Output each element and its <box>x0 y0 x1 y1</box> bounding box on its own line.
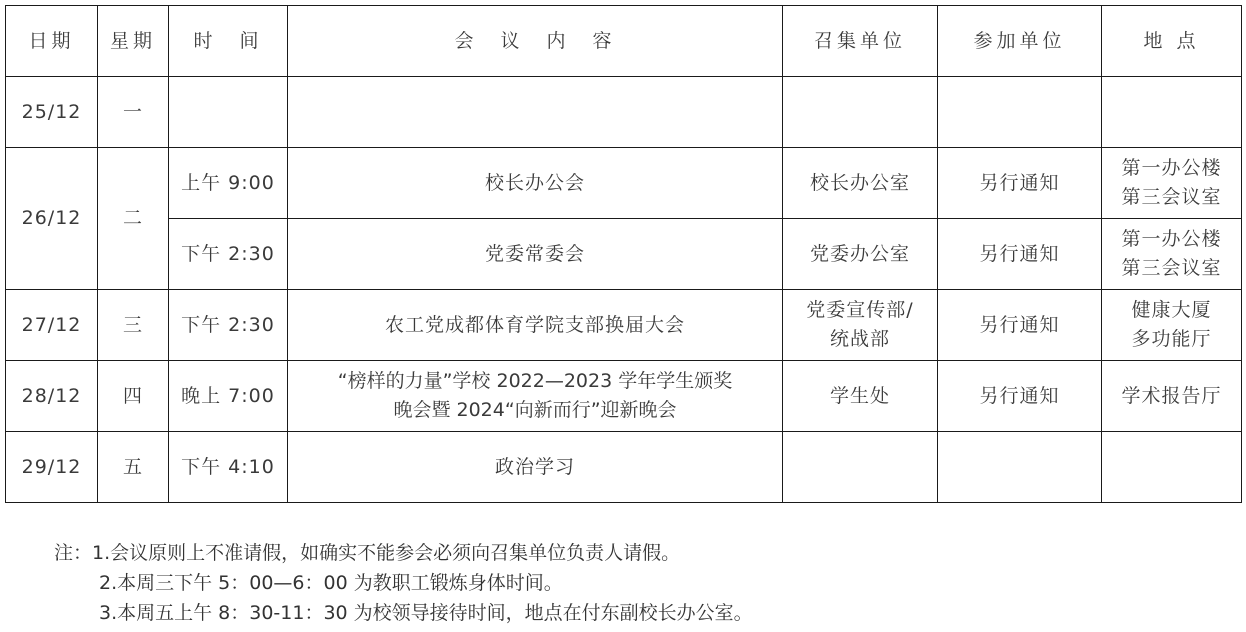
cell-participants: 另行通知 <box>938 361 1102 432</box>
cell-time: 下午 4:10 <box>169 432 288 503</box>
cell-location <box>1102 77 1242 148</box>
cell-location: 第一办公楼第三会议室 <box>1102 219 1242 290</box>
header-location: 地 点 <box>1102 6 1242 77</box>
cell-content: “榜样的力量”学校 2022—2023 学年学生颁奖晚会暨 2024“向新而行”… <box>288 361 783 432</box>
table-row: 27/12 三 下午 2:30 农工党成都体育学院支部换届大会 党委宣传部/统战… <box>6 290 1242 361</box>
cell-content: 校长办公会 <box>288 148 783 219</box>
cell-convener: 学生处 <box>783 361 938 432</box>
cell-weekday: 一 <box>98 77 169 148</box>
header-weekday: 星期 <box>98 6 169 77</box>
header-convener: 召集单位 <box>783 6 938 77</box>
table-row: 25/12 一 <box>6 77 1242 148</box>
cell-date: 27/12 <box>6 290 98 361</box>
meeting-schedule-table: 日期 星期 时 间 会 议 内 容 召集单位 参加单位 地 点 25/12 一 … <box>5 5 1242 503</box>
note-item: 2.本周三下午 5：00—6：00 为教职工锻炼身体时间。 <box>54 568 753 598</box>
cell-participants <box>938 77 1102 148</box>
cell-convener <box>783 77 938 148</box>
cell-time: 下午 2:30 <box>169 219 288 290</box>
header-row: 日期 星期 时 间 会 议 内 容 召集单位 参加单位 地 点 <box>6 6 1242 77</box>
cell-convener: 党委办公室 <box>783 219 938 290</box>
cell-location: 第一办公楼第三会议室 <box>1102 148 1242 219</box>
cell-convener: 校长办公室 <box>783 148 938 219</box>
cell-time <box>169 77 288 148</box>
header-date: 日期 <box>6 6 98 77</box>
cell-content <box>288 77 783 148</box>
cell-participants <box>938 432 1102 503</box>
cell-weekday: 二 <box>98 148 169 290</box>
note-item: 注：1.会议原则上不准请假，如确实不能参会必须向召集单位负责人请假。 <box>54 538 753 568</box>
table-row: 28/12 四 晚上 7:00 “榜样的力量”学校 2022—2023 学年学生… <box>6 361 1242 432</box>
table-row: 下午 2:30 党委常委会 党委办公室 另行通知 第一办公楼第三会议室 <box>6 219 1242 290</box>
cell-weekday: 三 <box>98 290 169 361</box>
cell-date: 26/12 <box>6 148 98 290</box>
cell-time: 晚上 7:00 <box>169 361 288 432</box>
header-time: 时 间 <box>169 6 288 77</box>
cell-date: 28/12 <box>6 361 98 432</box>
cell-weekday: 五 <box>98 432 169 503</box>
cell-convener: 党委宣传部/统战部 <box>783 290 938 361</box>
cell-participants: 另行通知 <box>938 290 1102 361</box>
cell-location <box>1102 432 1242 503</box>
cell-content: 党委常委会 <box>288 219 783 290</box>
note-item: 3.本周五上午 8：30-11：30 为校领导接待时间，地点在付东副校长办公室。 <box>54 598 753 628</box>
cell-participants: 另行通知 <box>938 219 1102 290</box>
cell-participants: 另行通知 <box>938 148 1102 219</box>
header-participants: 参加单位 <box>938 6 1102 77</box>
notes-prefix: 注： <box>54 542 92 564</box>
cell-location: 健康大厦多功能厅 <box>1102 290 1242 361</box>
cell-time: 下午 2:30 <box>169 290 288 361</box>
cell-date: 29/12 <box>6 432 98 503</box>
header-content: 会 议 内 容 <box>288 6 783 77</box>
cell-time: 上午 9:00 <box>169 148 288 219</box>
cell-date: 25/12 <box>6 77 98 148</box>
notes-section: 注：1.会议原则上不准请假，如确实不能参会必须向召集单位负责人请假。 2.本周三… <box>54 538 753 628</box>
table-row: 26/12 二 上午 9:00 校长办公会 校长办公室 另行通知 第一办公楼第三… <box>6 148 1242 219</box>
table-row: 29/12 五 下午 4:10 政治学习 <box>6 432 1242 503</box>
cell-content: 农工党成都体育学院支部换届大会 <box>288 290 783 361</box>
cell-content: 政治学习 <box>288 432 783 503</box>
cell-convener <box>783 432 938 503</box>
cell-location: 学术报告厅 <box>1102 361 1242 432</box>
cell-weekday: 四 <box>98 361 169 432</box>
